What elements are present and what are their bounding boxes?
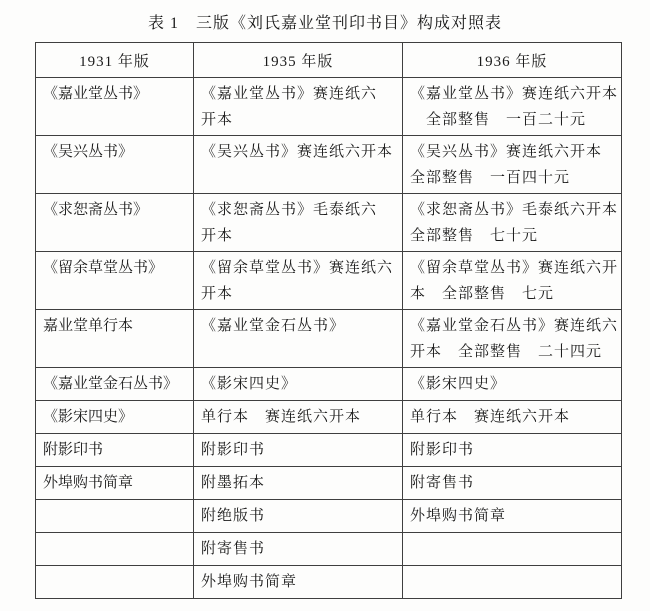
table-row: 《影宋四史》 单行本 赛连纸六开本 单行本 赛连纸六开本 — [36, 401, 622, 434]
table-cell: 外埠购书简章 — [36, 467, 194, 500]
table-cell — [403, 566, 622, 599]
table-row: 《求恕斋丛书》 《求恕斋丛书》毛泰纸六 开本 《求恕斋丛书》毛泰纸六开本 全部整… — [36, 194, 622, 252]
table-cell: 附影印书 — [194, 434, 403, 467]
table-cell: 《留余草堂丛书》赛连纸六 开本 — [194, 252, 403, 310]
column-header-1931: 1931 年版 — [36, 43, 194, 78]
table-cell: 外埠购书简章 — [194, 566, 403, 599]
table-cell — [403, 533, 622, 566]
header-row: 1931 年版 1935 年版 1936 年版 — [36, 43, 622, 78]
table-cell: 附寄售书 — [194, 533, 403, 566]
table-row: 《留余草堂丛书》 《留余草堂丛书》赛连纸六 开本 《留余草堂丛书》赛连纸六开 本… — [36, 252, 622, 310]
table-row: 附影印书 附影印书 附影印书 — [36, 434, 622, 467]
table-cell: 外埠购书简章 — [403, 500, 622, 533]
comparison-table: 1931 年版 1935 年版 1936 年版 《嘉业堂丛书》 《嘉业堂丛书》赛… — [35, 42, 622, 599]
document-page: 表 1 三版《刘氏嘉业堂刊印书目》构成对照表 1931 年版 1935 年版 1… — [0, 0, 650, 611]
table-cell: 附绝版书 — [194, 500, 403, 533]
table-row: 《嘉业堂丛书》 《嘉业堂丛书》赛连纸六 开本 《嘉业堂丛书》赛连纸六开本 全部整… — [36, 78, 622, 136]
table-cell: 《嘉业堂金石丛书》 — [36, 368, 194, 401]
table-cell: 单行本 赛连纸六开本 — [403, 401, 622, 434]
table-cell: 附影印书 — [36, 434, 194, 467]
table-cell: 附墨拓本 — [194, 467, 403, 500]
table-cell — [36, 500, 194, 533]
table-cell: 《影宋四史》 — [194, 368, 403, 401]
table-cell: 《嘉业堂丛书》赛连纸六 开本 — [194, 78, 403, 136]
table-cell — [36, 566, 194, 599]
table-cell: 《影宋四史》 — [36, 401, 194, 434]
table-row: 嘉业堂单行本 《嘉业堂金石丛书》 《嘉业堂金石丛书》赛连纸六 开本 全部整售 二… — [36, 310, 622, 368]
table-cell: 《吴兴丛书》赛连纸六开本 — [194, 136, 403, 194]
table-cell: 《求恕斋丛书》毛泰纸六 开本 — [194, 194, 403, 252]
table-cell: 《留余草堂丛书》赛连纸六开 本 全部整售 七元 — [403, 252, 622, 310]
column-header-1935: 1935 年版 — [194, 43, 403, 78]
table-cell: 《吴兴丛书》 — [36, 136, 194, 194]
table-cell: 附影印书 — [403, 434, 622, 467]
table-cell: 单行本 赛连纸六开本 — [194, 401, 403, 434]
table-cell: 《求恕斋丛书》毛泰纸六开本 全部整售 七十元 — [403, 194, 622, 252]
table-cell: 《留余草堂丛书》 — [36, 252, 194, 310]
table-cell: 《影宋四史》 — [403, 368, 622, 401]
table-caption: 表 1 三版《刘氏嘉业堂刊印书目》构成对照表 — [0, 0, 650, 33]
column-header-1936: 1936 年版 — [403, 43, 622, 78]
table-cell: 《吴兴丛书》赛连纸六开本 全部整售 一百四十元 — [403, 136, 622, 194]
table-row: 《吴兴丛书》 《吴兴丛书》赛连纸六开本 《吴兴丛书》赛连纸六开本 全部整售 一百… — [36, 136, 622, 194]
table-row: 附寄售书 — [36, 533, 622, 566]
table-row: 附绝版书 外埠购书简章 — [36, 500, 622, 533]
table-cell: 《嘉业堂金石丛书》 — [194, 310, 403, 368]
table-cell: 《求恕斋丛书》 — [36, 194, 194, 252]
table-cell: 嘉业堂单行本 — [36, 310, 194, 368]
table-row: 《嘉业堂金石丛书》 《影宋四史》 《影宋四史》 — [36, 368, 622, 401]
table-cell: 《嘉业堂丛书》 — [36, 78, 194, 136]
table-row: 外埠购书简章 附墨拓本 附寄售书 — [36, 467, 622, 500]
table-cell — [36, 533, 194, 566]
table-cell: 《嘉业堂丛书》赛连纸六开本 全部整售 一百二十元 — [403, 78, 622, 136]
table-row: 外埠购书简章 — [36, 566, 622, 599]
table-cell: 《嘉业堂金石丛书》赛连纸六 开本 全部整售 二十四元 — [403, 310, 622, 368]
table-cell: 附寄售书 — [403, 467, 622, 500]
